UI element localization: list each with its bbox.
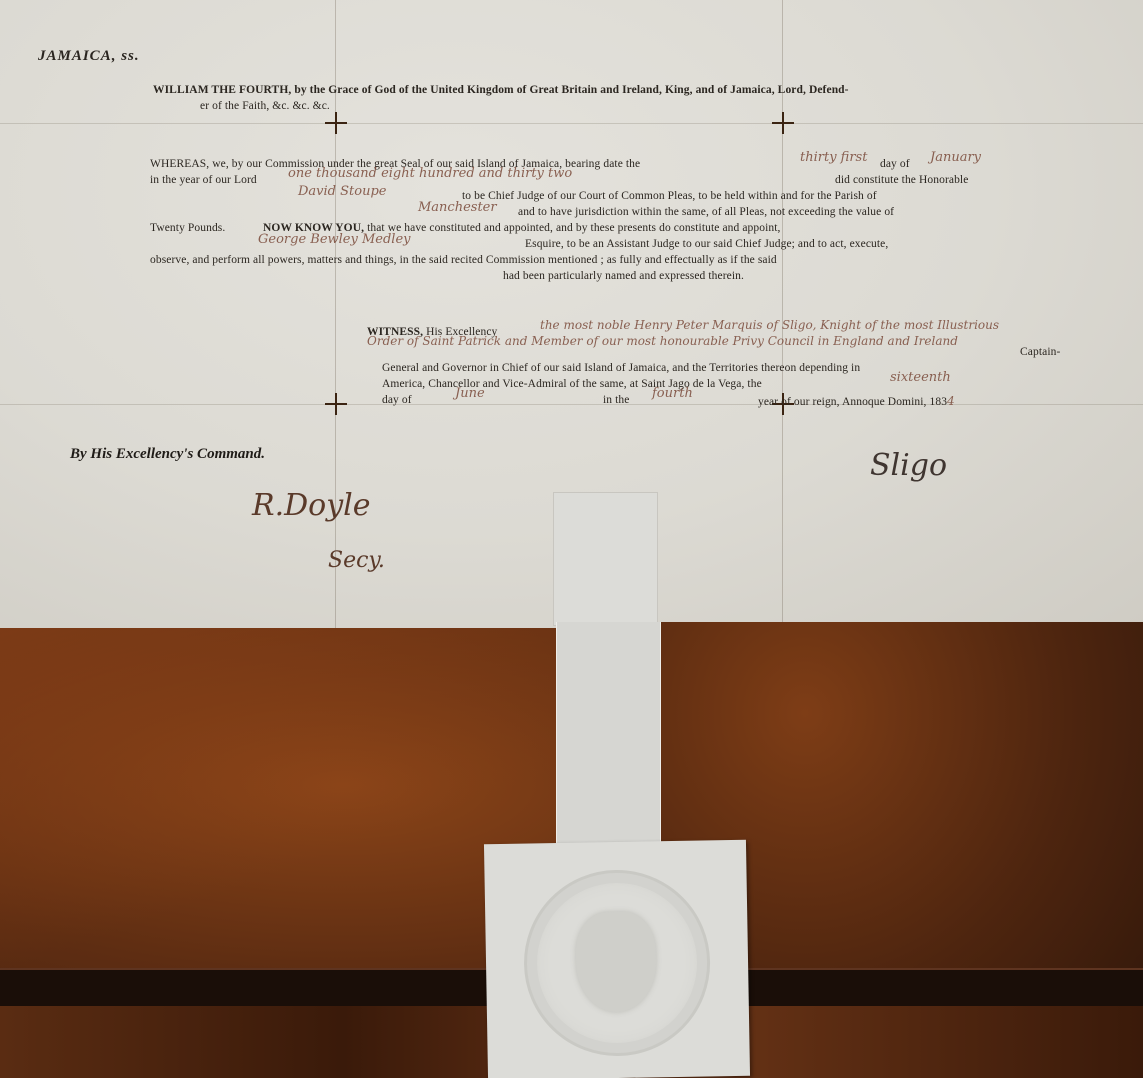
- printed-text: that we have constituted and appointed, …: [367, 222, 780, 234]
- handwritten-name: David Stoupe: [298, 184, 386, 199]
- secretary-title: Secy.: [328, 548, 385, 573]
- embossed-paper-seal: [484, 840, 750, 1078]
- printed-text: year of our reign, Annoque Domini, 183: [758, 396, 947, 408]
- printed-text: in the year of our Lord: [150, 174, 257, 186]
- handwritten-day: sixteenth: [890, 370, 951, 385]
- document-heading: JAMAICA, ss.: [38, 48, 140, 65]
- fold-line: [0, 404, 1143, 405]
- printed-text: America, Chancellor and Vice-Admiral of …: [382, 378, 762, 390]
- handwritten-appointee: George Bewley Medley: [258, 232, 411, 247]
- printed-text: and to have jurisdiction within the same…: [518, 206, 894, 218]
- printed-text: General and Governor in Chief of our sai…: [382, 362, 860, 374]
- handwritten-month: January: [930, 150, 981, 165]
- printed-text: observe, and perform all powers, matters…: [150, 254, 777, 266]
- secretary-signature: R.Doyle: [252, 488, 371, 523]
- seal-ribbon: [556, 622, 661, 862]
- handwritten-reign-year: fourth: [652, 386, 693, 401]
- printed-text: did constitute the Honorable: [835, 174, 968, 186]
- fold-line: [0, 123, 1143, 124]
- printed-text: day of: [880, 158, 910, 170]
- handwritten-governor: the most noble Henry Peter Marquis of Sl…: [540, 318, 999, 332]
- fold-tear-mark: [772, 112, 794, 134]
- printed-text: had been particularly named and expresse…: [503, 270, 744, 282]
- printed-text: in the: [603, 394, 629, 406]
- handwritten-date: thirty first: [800, 150, 867, 165]
- handwritten-governor-order: Order of Saint Patrick and Member of our…: [367, 334, 958, 348]
- preamble-line: er of the Faith, &c. &c. &c.: [200, 100, 330, 112]
- fold-tear-mark: [325, 112, 347, 134]
- handwritten-year: one thousand eight hundred and thirty tw…: [288, 166, 572, 181]
- seal-ribbon-upper: [553, 492, 658, 626]
- printed-text: Twenty Pounds.: [150, 222, 225, 234]
- printed-text: Esquire, to be an Assistant Judge to our…: [525, 238, 888, 250]
- command-line: By His Excellency's Command.: [70, 446, 265, 463]
- fold-tear-mark: [325, 393, 347, 415]
- governor-signature: Sligo: [870, 448, 947, 483]
- handwritten-parish: Manchester: [418, 200, 497, 215]
- handwritten-year-digit: 4: [947, 394, 955, 408]
- printed-text: to be Chief Judge of our Court of Common…: [462, 190, 877, 202]
- handwritten-month: June: [455, 386, 485, 401]
- printed-text: Captain-: [1020, 346, 1060, 358]
- preamble-text: WILLIAM THE FOURTH, by the Grace of God …: [153, 84, 849, 96]
- preamble-line: WILLIAM THE FOURTH, by the Grace of God …: [153, 84, 849, 96]
- printed-text: year of our reign, Annoque Domini, 1834: [758, 394, 955, 408]
- printed-text: day of: [382, 394, 412, 406]
